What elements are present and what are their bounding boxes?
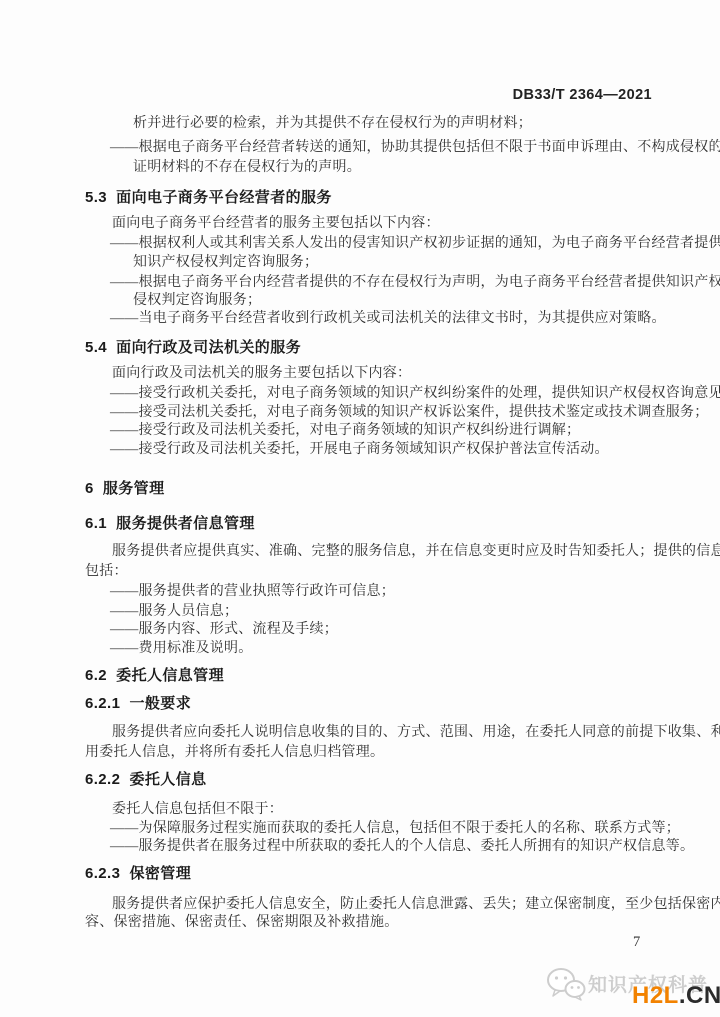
watermark-brand: H2L.CN: [632, 982, 720, 1010]
heading-line: 6.2.3 保密管理: [85, 864, 191, 883]
heading-line: 6 服务管理: [85, 479, 164, 498]
body-line: 容、保密措施、保密责任、保密期限及补救措施。: [85, 913, 399, 932]
heading-line: 5.4 面向行政及司法机关的服务: [85, 338, 301, 357]
body-line: 服务提供者应保护委托人信息安全，防止委托人信息泄露、丢失；建立保密制度，至少包括…: [112, 895, 720, 914]
body-line: 面向电子商务平台经营者的服务主要包括以下内容：: [112, 214, 440, 233]
body-line: ——当电子商务平台经营者收到行政机关或司法机关的法律文书时，为其提供应对策略。: [110, 309, 666, 328]
heading-line: 6.2.2 委托人信息: [85, 770, 207, 789]
document-page: DB33/T 2364—2021 析并进行必要的检索，并为其提供不存在侵权行为的…: [0, 0, 720, 1017]
body-line: ——根据电子商务平台经营者转送的通知，协助其提供包括但不限于书面申诉理由、不构成…: [110, 138, 720, 157]
body-line: ——服务内容、形式、流程及手续；: [110, 620, 338, 639]
body-line: 用委托人信息，并将所有委托人信息归档管理。: [85, 743, 384, 762]
heading-line: 6.2 委托人信息管理: [85, 666, 224, 685]
body-line: 服务提供者应向委托人说明信息收集的目的、方式、范围、用途，在委托人同意的前提下收…: [112, 723, 720, 742]
body-line: ——服务提供者的营业执照等行政许可信息；: [110, 582, 395, 601]
body-line: 委托人信息包括但不限于：: [112, 800, 283, 819]
body-line: ——服务提供者在服务过程中所获取的委托人的个人信息、委托人所拥有的知识产权信息等…: [110, 837, 694, 856]
standard-number: DB33/T 2364—2021: [513, 87, 652, 103]
watermark: 知识产权科普 H2L.CN: [546, 962, 716, 1014]
watermark-brand-cn: .CN: [679, 982, 720, 1009]
heading-line: 5.3 面向电子商务平台经营者的服务: [85, 188, 332, 207]
heading-line: 6.2.1 一般要求: [85, 694, 191, 713]
body-line: ——接受行政及司法机关委托，对电子商务领域的知识产权纠纷进行调解；: [110, 421, 580, 440]
body-line: 析并进行必要的检索，并为其提供不存在侵权行为的声明材料；: [133, 114, 532, 133]
body-line: 证明材料的不存在侵权行为的声明。: [133, 158, 361, 177]
wechat-icon: [546, 966, 586, 1002]
watermark-brand-h2l: H2L: [632, 982, 679, 1009]
body-line: ——接受行政及司法机关委托，开展电子商务领域知识产权保护普法宣传活动。: [110, 440, 609, 459]
body-line: 面向行政及司法机关的服务主要包括以下内容：: [112, 364, 411, 383]
body-line: ——为保障服务过程实施而获取的委托人信息，包括但不限于委托人的名称、联系方式等；: [110, 819, 680, 838]
page-number: 7: [633, 934, 640, 951]
body-line: ——费用标准及说明。: [110, 639, 253, 658]
body-line: ——接受行政机关委托，对电子商务领域的知识产权纠纷案件的处理，提供知识产权侵权咨…: [110, 384, 720, 403]
body-line: 服务提供者应提供真实、准确、完整的服务信息，并在信息变更时应及时告知委托人；提供…: [112, 542, 720, 561]
body-line: ——服务人员信息；: [110, 602, 238, 621]
body-line: 知识产权侵权判定咨询服务；: [133, 253, 318, 272]
body-line: ——根据电子商务平台内经营者提供的不存在侵权行为声明，为电子商务平台经营者提供知…: [110, 273, 720, 292]
body-line: 包括：: [85, 562, 128, 581]
heading-line: 6.1 服务提供者信息管理: [85, 514, 255, 533]
body-line: ——接受司法机关委托，对电子商务领域的知识产权诉讼案件，提供技术鉴定或技术调查服…: [110, 403, 709, 422]
body-line: 侵权判定咨询服务；: [133, 291, 261, 310]
body-line: ——根据权利人或其利害关系人发出的侵害知识产权初步证据的通知，为电子商务平台经营…: [110, 234, 720, 253]
